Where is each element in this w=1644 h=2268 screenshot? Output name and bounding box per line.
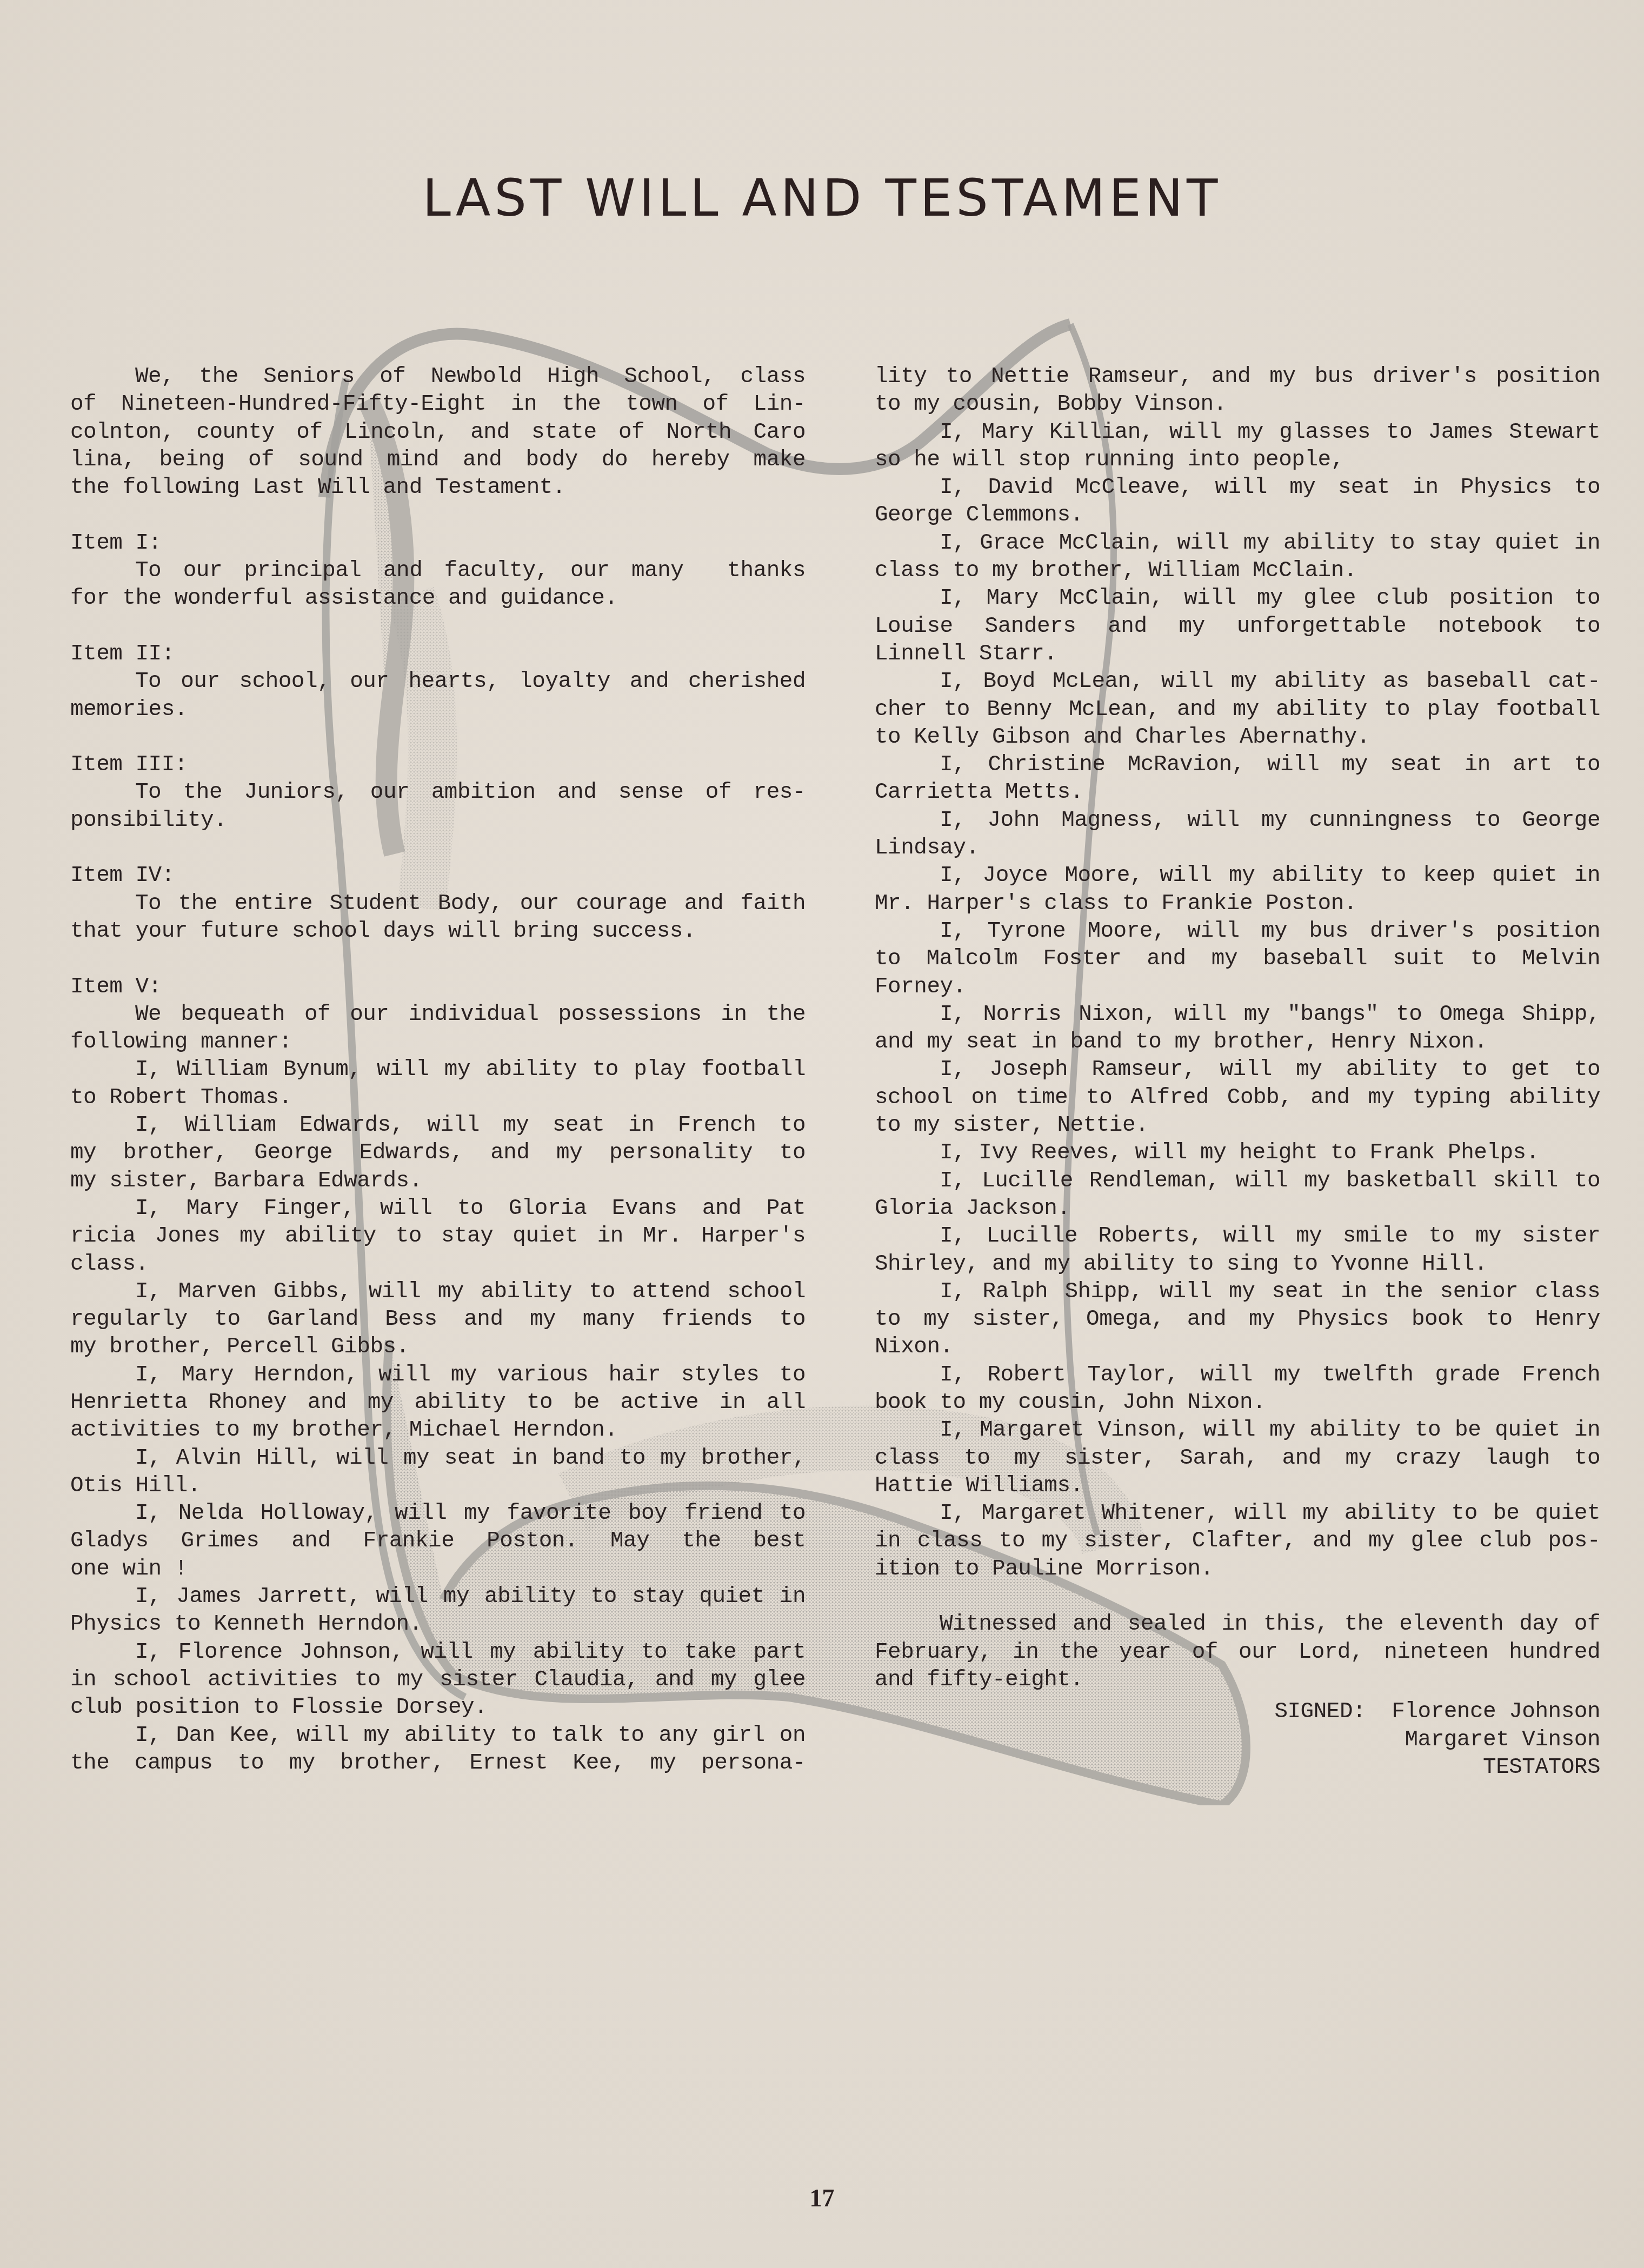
text-line: colnton, county of Lincoln, and state of… (70, 419, 806, 446)
text-line: We, the Seniors of Newbold High School, … (70, 363, 806, 391)
bequest-line: to my sister, Omega, and my Physics book… (875, 1306, 1600, 1333)
bequest-line: Shirley, and my ability to sing to Yvonn… (875, 1251, 1600, 1278)
bequest-line: I, Margaret Vinson, will my ability to b… (875, 1417, 1600, 1444)
signature-line-1: SIGNED: Florence Johnson (875, 1698, 1600, 1726)
bequest-line: I, Norris Nixon, will my "bangs" to Omeg… (875, 1001, 1600, 1029)
item-5-section: Item V: We bequeath of our individual po… (70, 973, 806, 1778)
yearbook-page: LAST WILL AND TESTAMENT We, the Seniors … (0, 0, 1644, 2268)
bequest-line: I, Marven Gibbs, will my ability to atte… (70, 1278, 806, 1306)
bequest-line: to Kelly Gibson and Charles Abernathy. (875, 724, 1600, 751)
bequest-line: to my sister, Nettie. (875, 1112, 1600, 1139)
closing-paragraph: Witnessed and sealed in this, the eleven… (875, 1611, 1600, 1694)
bequest-line: one win ! (70, 1556, 806, 1583)
bequest-line: I, Grace McClain, will my ability to sta… (875, 530, 1600, 557)
text-line: lina, being of sound mind and body do he… (70, 446, 806, 474)
page-title: LAST WILL AND TESTAMENT (0, 169, 1644, 228)
signed-label: SIGNED: (1274, 1699, 1366, 1724)
bequest-line: Louise Sanders and my unforgettable note… (875, 613, 1600, 641)
text-line: of Nineteen-Hundred-Fifty-Eight in the t… (70, 391, 806, 418)
bequest-line: I, Joseph Ramseur, will my ability to ge… (875, 1056, 1600, 1084)
bequest-line: I, Dan Kee, will my ability to talk to a… (70, 1722, 806, 1750)
bequest-line: ricia Jones my ability to stay quiet in … (70, 1223, 806, 1250)
item-heading: Item V: (70, 973, 806, 1001)
bequest-line: Nixon. (875, 1333, 1600, 1361)
item-heading: Item I: (70, 530, 806, 557)
text-line: following manner: (70, 1029, 806, 1056)
bequest-line: Physics to Kenneth Herndon. (70, 1611, 806, 1638)
text-line: for the wonderful assistance and guidanc… (70, 585, 806, 612)
bequest-line: I, Mary Finger, will to Gloria Evans and… (70, 1195, 806, 1223)
bequest-line: in class to my sister, Clafter, and my g… (875, 1527, 1600, 1555)
bequest-line: ition to Pauline Morrison. (875, 1556, 1600, 1583)
text-line: that your future school days will bring … (70, 918, 806, 945)
bequest-line: my brother, George Edwards, and my perso… (70, 1139, 806, 1167)
text-line: To our school, our hearts, loyalty and c… (70, 668, 806, 696)
text-line: the following Last Will and Testament. (70, 474, 806, 502)
text-line: To the Juniors, our ambition and sense o… (70, 779, 806, 806)
page-number: 17 (0, 2184, 1644, 2212)
bequest-line: to my cousin, Bobby Vinson. (875, 391, 1600, 418)
text-line: We bequeath of our individual possession… (70, 1001, 806, 1029)
bequest-line: Henrietta Rhoney and my ability to be ac… (70, 1389, 806, 1417)
bequest-line: cher to Benny McLean, and my ability to … (875, 696, 1600, 724)
item-1-section: Item I: To our principal and faculty, ou… (70, 530, 806, 613)
bequest-line: so he will stop running into people, (875, 446, 1600, 474)
bequest-line: George Clemmons. (875, 502, 1600, 529)
bequest-line: my sister, Barbara Edwards. (70, 1168, 806, 1195)
bequest-line: I, Ralph Shipp, will my seat in the seni… (875, 1278, 1600, 1306)
bequest-line: Gloria Jackson. (875, 1195, 1600, 1223)
bequest-line: I, William Bynum, will my ability to pla… (70, 1056, 806, 1084)
bequest-line: and my seat in band to my brother, Henry… (875, 1029, 1600, 1056)
bequest-line: book to my cousin, John Nixon. (875, 1389, 1600, 1417)
left-column: We, the Seniors of Newbold High School, … (70, 363, 806, 1777)
bequest-line: I, David McCleave, will my seat in Physi… (875, 474, 1600, 502)
bequest-line: to Malcolm Foster and my baseball suit t… (875, 945, 1600, 973)
bequest-line: Linnell Starr. (875, 641, 1600, 668)
bequest-line: activities to my brother, Michael Herndo… (70, 1417, 806, 1444)
bequest-line: I, Boyd McLean, will my ability as baseb… (875, 668, 1600, 696)
bequest-line: I, James Jarrett, will my ability to sta… (70, 1583, 806, 1611)
bequest-line: I, Mary McClain, will my glee club posit… (875, 585, 1600, 612)
bequest-line: class to my sister, Sarah, and my crazy … (875, 1445, 1600, 1472)
bequest-line: I, Florence Johnson, will my ability to … (70, 1639, 806, 1666)
text-line: memories. (70, 696, 806, 724)
bequest-line: my brother, Percell Gibbs. (70, 1333, 806, 1361)
text-line: and fifty-eight. (875, 1666, 1600, 1694)
bequest-line: school on time to Alfred Cobb, and my ty… (875, 1084, 1600, 1112)
signer-name: Margaret Vinson (875, 1726, 1600, 1754)
text-line: To our principal and faculty, our many t… (70, 557, 806, 585)
bequest-line: Mr. Harper's class to Frankie Poston. (875, 890, 1600, 918)
bequest-line: I, Robert Taylor, will my twelfth grade … (875, 1362, 1600, 1389)
signature-block: SIGNED: Florence Johnson Margaret Vinson… (875, 1698, 1600, 1782)
bequest-line: lity to Nettie Ramseur, and my bus drive… (875, 363, 1600, 391)
bequest-line: I, Nelda Holloway, will my favorite boy … (70, 1500, 806, 1527)
text-line: February, in the year of our Lord, ninet… (875, 1639, 1600, 1666)
bequest-line: class to my brother, William McClain. (875, 557, 1600, 585)
bequest-line: Forney. (875, 973, 1600, 1001)
bequest-line: I, Mary Herndon, will my various hair st… (70, 1362, 806, 1389)
bequest-line: Otis Hill. (70, 1472, 806, 1500)
bequest-line: I, Lucille Roberts, will my smile to my … (875, 1223, 1600, 1250)
item-heading: Item II: (70, 641, 806, 668)
item-3-section: Item III: To the Juniors, our ambition a… (70, 751, 806, 835)
bequest-line: I, Lucille Rendleman, will my basketball… (875, 1168, 1600, 1195)
signer-name: Florence Johnson (1392, 1699, 1600, 1724)
testators-label: TESTATORS (875, 1754, 1600, 1782)
bequest-line: regularly to Garland Bess and my many fr… (70, 1306, 806, 1333)
preamble-paragraph: We, the Seniors of Newbold High School, … (70, 363, 806, 502)
bequest-line: to Robert Thomas. (70, 1084, 806, 1112)
bequest-line: I, John Magness, will my cunningness to … (875, 807, 1600, 835)
bequest-line: I, Ivy Reeves, will my height to Frank P… (875, 1139, 1600, 1167)
text-line: Witnessed and sealed in this, the eleven… (875, 1611, 1600, 1638)
bequest-line: I, Joyce Moore, will my ability to keep … (875, 862, 1600, 890)
bequest-line: I, William Edwards, will my seat in Fren… (70, 1112, 806, 1139)
bequest-line: Lindsay. (875, 835, 1600, 862)
bequest-line: I, Christine McRavion, will my seat in a… (875, 751, 1600, 779)
bequest-line: in school activities to my sister Claudi… (70, 1666, 806, 1694)
bequest-line: club position to Flossie Dorsey. (70, 1694, 806, 1722)
text-line: ponsibility. (70, 807, 806, 835)
bequest-line: the campus to my brother, Ernest Kee, my… (70, 1750, 806, 1777)
item-heading: Item III: (70, 751, 806, 779)
bequest-line: I, Margaret Whitener, will my ability to… (875, 1500, 1600, 1527)
bequest-line: Gladys Grimes and Frankie Poston. May th… (70, 1527, 806, 1555)
item-heading: Item IV: (70, 862, 806, 890)
bequest-line: Carrietta Metts. (875, 779, 1600, 806)
text-line: To the entire Student Body, our courage … (70, 890, 806, 918)
item-4-section: Item IV: To the entire Student Body, our… (70, 862, 806, 945)
item-2-section: Item II: To our school, our hearts, loya… (70, 641, 806, 724)
bequest-line: Hattie Williams. (875, 1472, 1600, 1500)
bequest-line: I, Alvin Hill, will my seat in band to m… (70, 1445, 806, 1472)
bequest-line: I, Mary Killian, will my glasses to Jame… (875, 419, 1600, 446)
right-column: lity to Nettie Ramseur, and my bus drive… (875, 363, 1600, 1782)
bequest-line: class. (70, 1251, 806, 1278)
bequest-line: I, Tyrone Moore, will my bus driver's po… (875, 918, 1600, 945)
